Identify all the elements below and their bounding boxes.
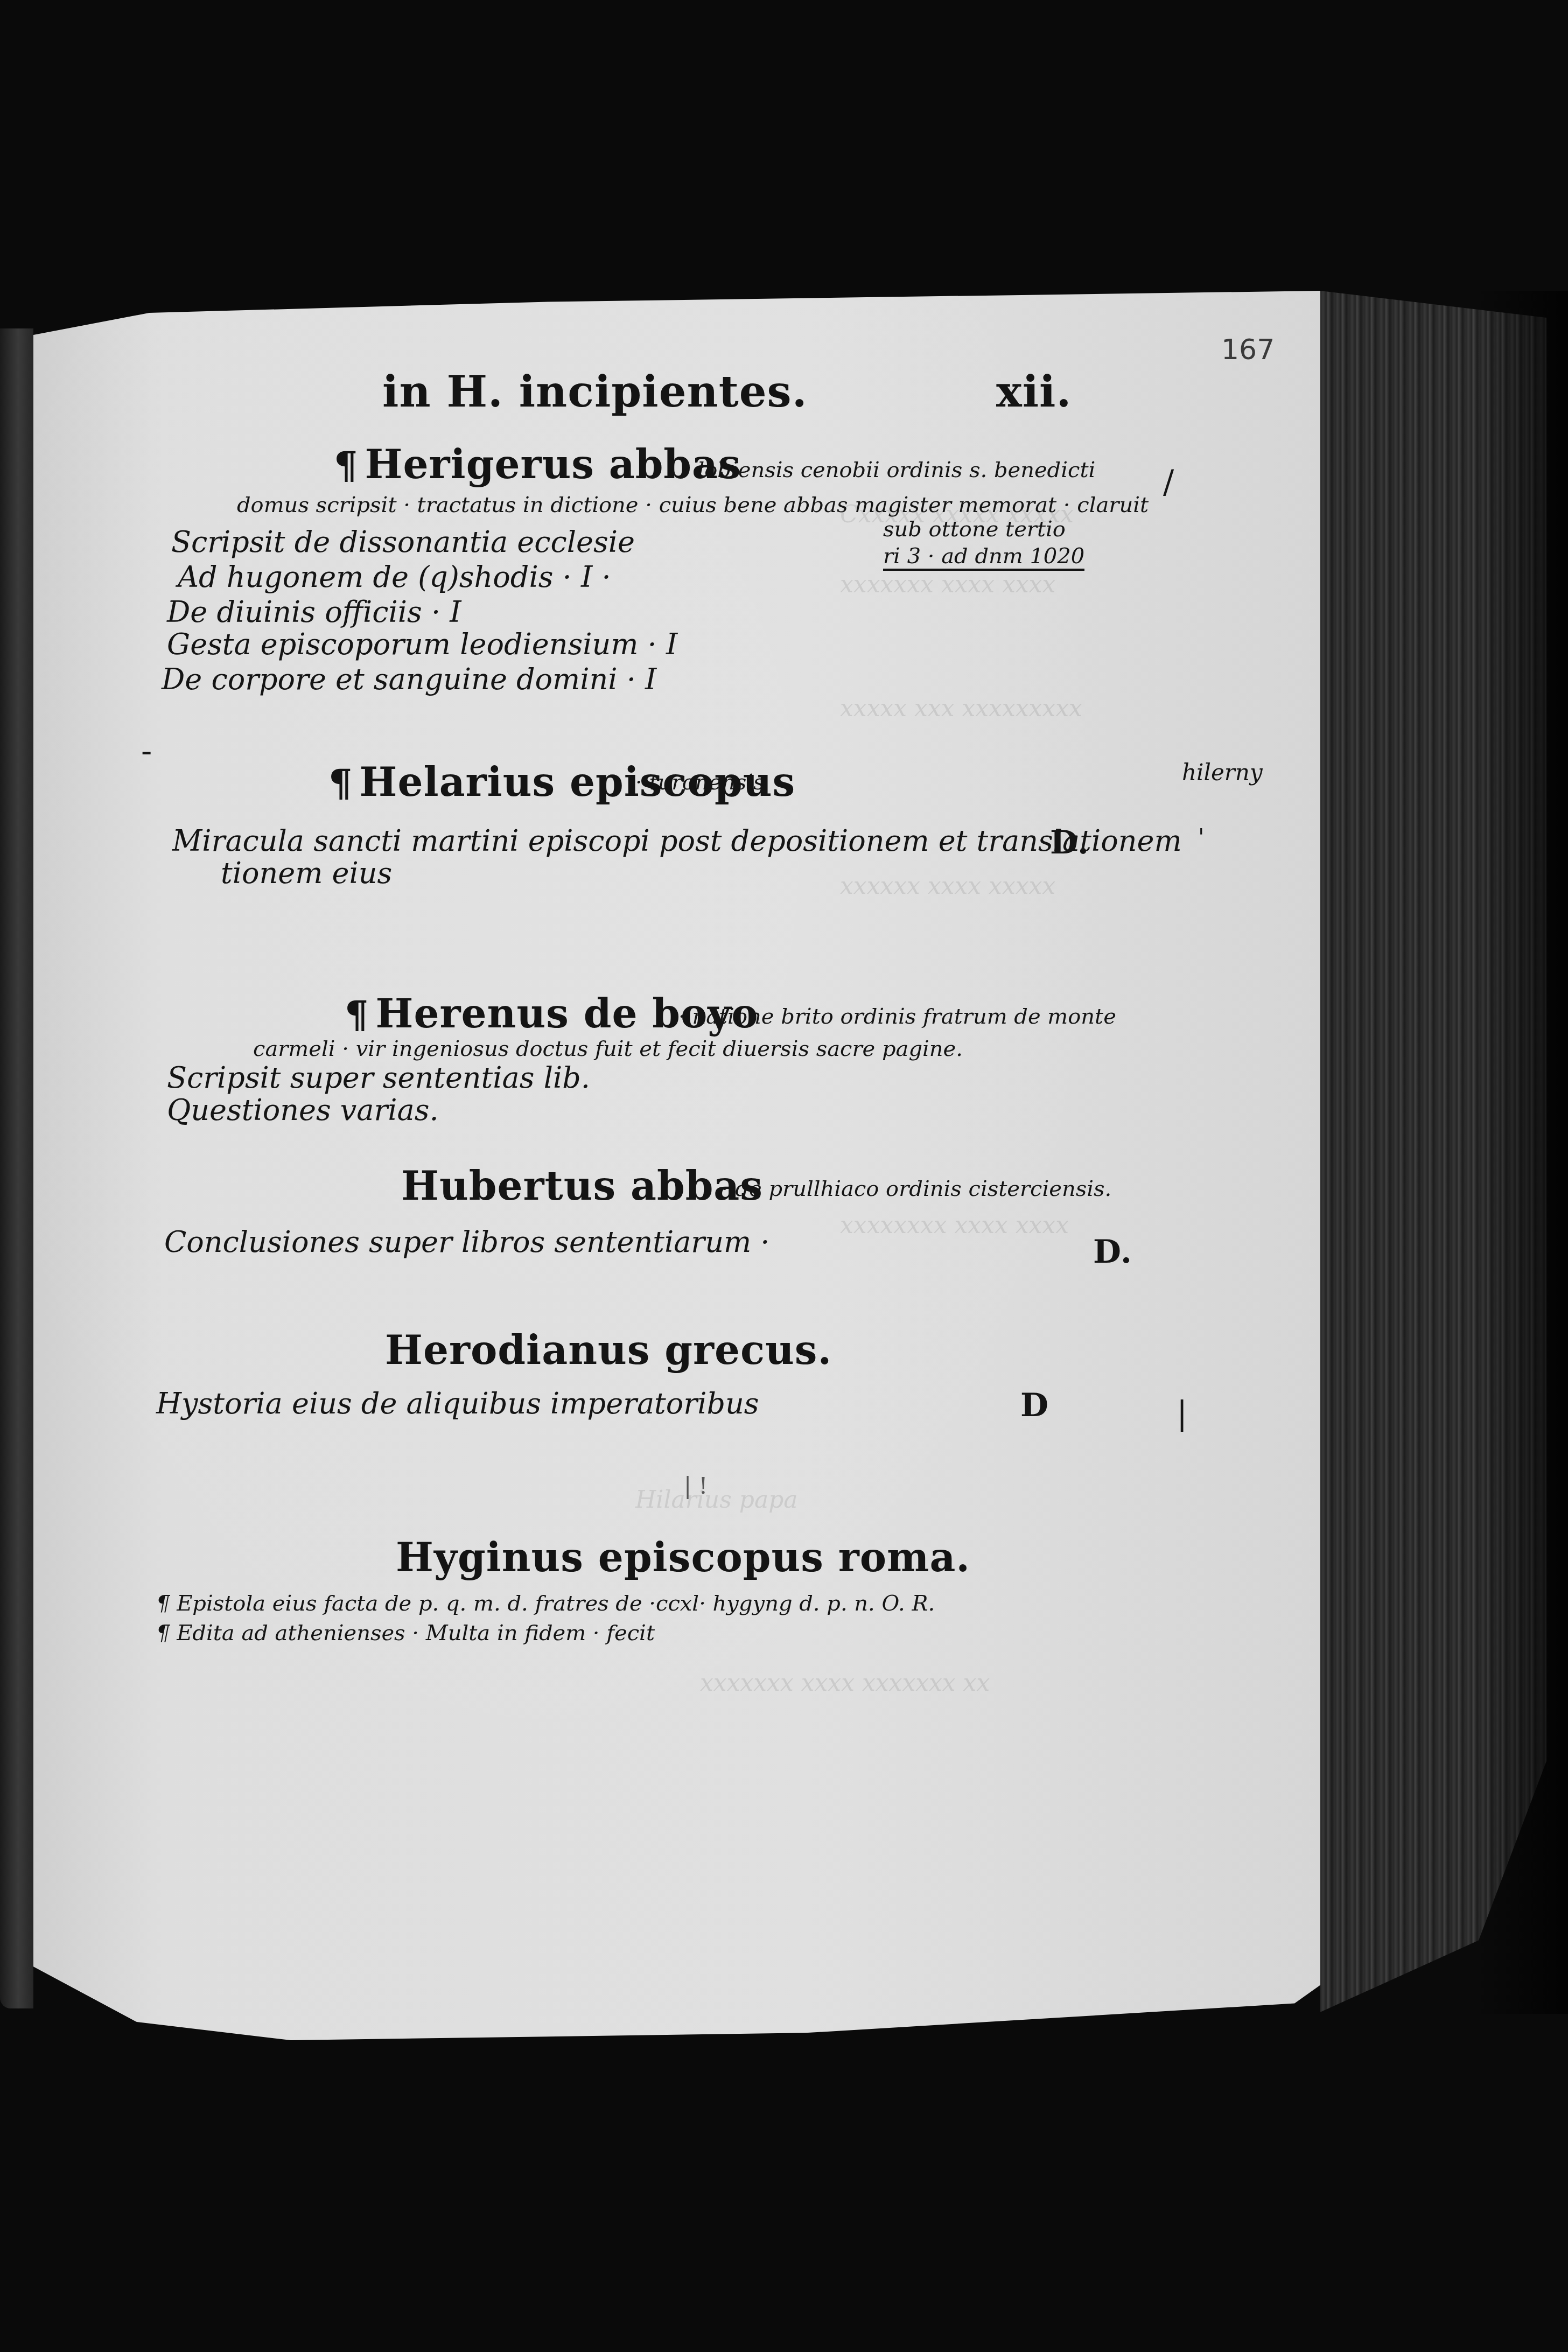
show-through-text: xxxxx xxx xxxxxxxxx xyxy=(840,695,1082,722)
entry-gloss: · turonensis xyxy=(635,770,765,795)
show-through-text: xxxxxxx xxxx xxxxxxx xx xyxy=(700,1669,990,1697)
margin-note: hilerny xyxy=(1182,759,1263,786)
work-title: Hystoria eius de aliquibus imperatoribus xyxy=(156,1387,759,1420)
show-through-text: xxxxxxxx xxxx xxxx xyxy=(840,1212,1069,1239)
work-title-continuation: tionem eius xyxy=(221,856,392,890)
entry-heading: Herodianus grecus. xyxy=(385,1327,832,1374)
entry-gloss: · lobiensis cenobii ordinis s. benedicti xyxy=(684,458,1095,482)
pilcrow-icon: ¶ xyxy=(345,992,369,1037)
work-title: De diuinis officiis · I xyxy=(167,595,461,629)
entry-heading: Hyginus episcopus roma. xyxy=(396,1535,970,1581)
entry-gloss: carmeli · vir ingeniosus doctus fuit et … xyxy=(253,1037,963,1061)
folio-number: 167 xyxy=(1221,334,1275,366)
work-title: Miracula sancti martini episcopi post de… xyxy=(172,824,1182,858)
siglum: D. xyxy=(1050,824,1089,862)
work-title: Ad hugonem de (q)shodis · I · xyxy=(178,560,611,594)
siglum: D. xyxy=(1093,1233,1132,1271)
entry-gloss: · natione brito ordinis fratrum de monte xyxy=(678,1004,1116,1029)
work-title: ¶ Epistola eius facta de p. q. m. d. fra… xyxy=(156,1591,935,1616)
running-head-title: in H. incipientes. xyxy=(382,366,807,417)
margin-mark: / xyxy=(1163,463,1174,501)
work-title: Scripsit super sententias lib. xyxy=(167,1061,590,1095)
work-title: ¶ Edita ad athenienses · Multa in fidem … xyxy=(156,1621,655,1646)
stray-mark: | xyxy=(1177,1395,1187,1432)
stray-mark: ' xyxy=(1198,824,1205,850)
entry-gloss: domus scripsit · tractatus in dictione ·… xyxy=(237,493,1149,517)
work-title: De corpore et sanguine domini · I xyxy=(162,662,656,696)
running-head-chapter: xii. xyxy=(996,366,1072,417)
margin-dash: - xyxy=(141,732,152,770)
entry-heading: Hubertus abbas xyxy=(401,1163,763,1209)
work-title: Conclusiones super libros sententiarum · xyxy=(164,1225,769,1259)
work-title: Questiones varias. xyxy=(167,1093,439,1127)
show-through-text: xxxxxx xxxx xxxxx xyxy=(840,872,1055,900)
side-note-date: ri 3 · ad dnm 1020 xyxy=(883,544,1084,571)
pilcrow-icon: ¶ xyxy=(328,760,353,805)
show-through-text: xxxxxxx xxxx xxxx xyxy=(840,571,1055,598)
work-title: Gesta episcoporum leodiensium · I xyxy=(167,627,677,661)
facing-page-edge xyxy=(0,328,33,2008)
side-note: sub ottone tertio xyxy=(883,517,1066,542)
show-through-text: Hilarius papa xyxy=(635,1486,798,1514)
siglum: D xyxy=(1020,1387,1049,1424)
pilcrow-icon: ¶ xyxy=(334,443,359,487)
work-title: Scripsit de dissonantia ecclesie xyxy=(171,525,635,559)
stray-mark: | ! xyxy=(684,1473,708,1499)
photograph-scene: Cxxxxx xxxxx xxxxx xxxxxxx xxxx xxxx xxx… xyxy=(0,0,1568,2352)
entry-heading: ¶Herigerus abbas xyxy=(334,442,741,488)
fore-edge-shadow xyxy=(1475,291,1568,2014)
entry-gloss: · de prullhiaco ordinis cisterciensis. xyxy=(722,1177,1111,1201)
